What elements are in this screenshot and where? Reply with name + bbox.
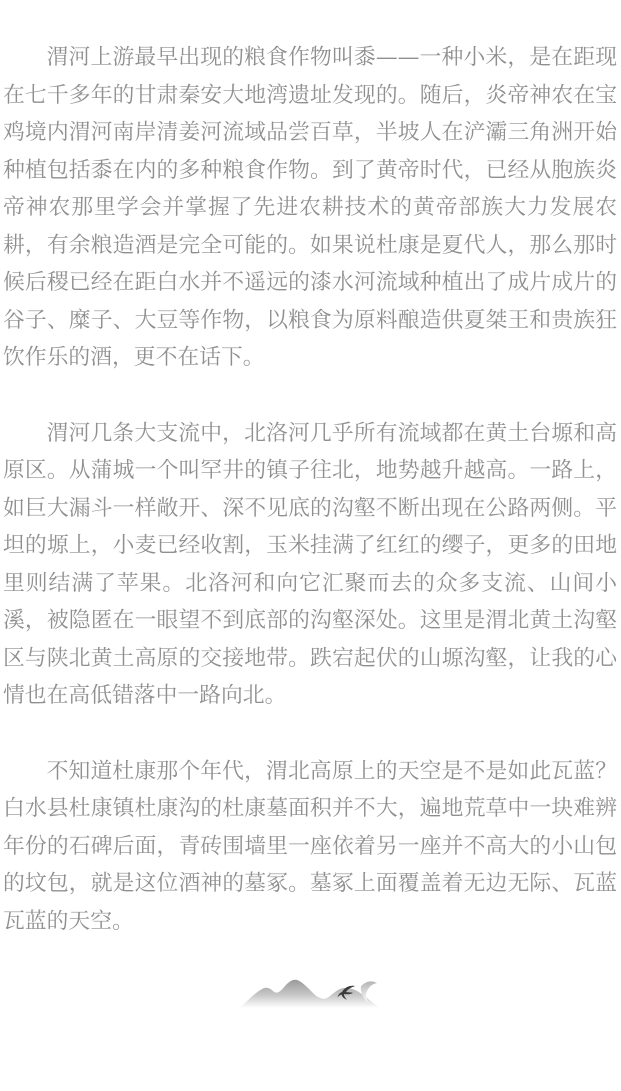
article-page: 渭河上游最早出现的粮食作物叫黍——一种小米，是在距现在七千多年的甘肃秦安大地湾遗… — [0, 0, 621, 1091]
footer-ornament — [3, 978, 617, 1010]
paragraph-2: 渭河几条大支流中，北洛河几乎所有流域都在黄土台塬和高原区。从蒲城一个叫罕井的镇子… — [3, 415, 617, 715]
ink-mountains-birds-icon — [239, 978, 381, 1010]
mountain-shape — [239, 980, 379, 1008]
paragraph-1: 渭河上游最早出现的粮食作物叫黍——一种小米，是在距现在七千多年的甘肃秦安大地湾遗… — [3, 39, 617, 377]
paragraph-3: 不知道杜康那个年代，渭北高原上的天空是不是如此瓦蓝？白水县杜康镇杜康沟的杜康墓面… — [3, 753, 617, 941]
